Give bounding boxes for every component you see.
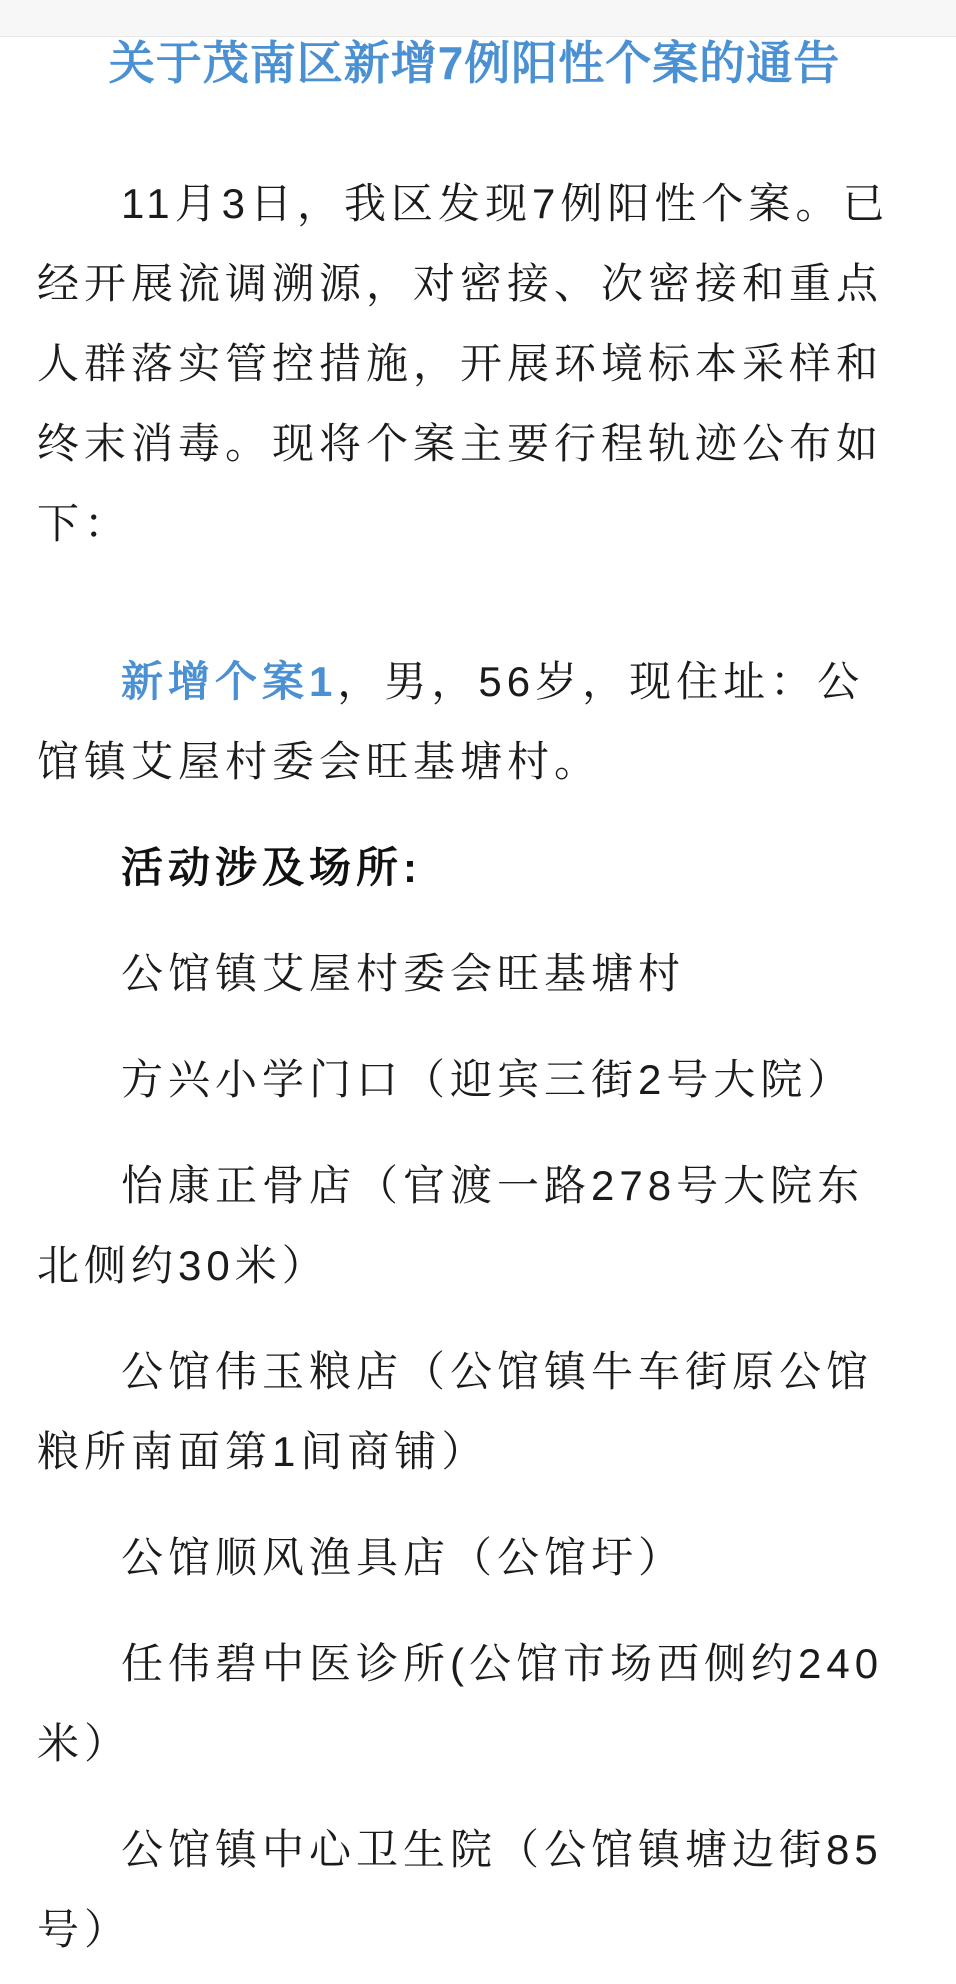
location-item: 公馆镇中心卫生院（公馆镇塘边街85 号） [37,1810,912,1970]
location-item: 公馆镇艾屋村委会旺基塘村 [37,934,912,1014]
intro-paragraph: 11月3日，我区发现7例阳性个案。已 经开展流调溯源，对密接、次密接和重点 人群… [37,164,912,564]
location-item: 公馆顺风渔具店（公馆圩） [37,1518,912,1598]
section-heading-locations: 活动涉及场所: [37,828,912,908]
location-item: 任伟碧中医诊所(公馆市场西侧约240 米） [37,1624,912,1784]
article-page: 关于茂南区新增7例阳性个案的通告 11月3日，我区发现7例阳性个案。已 经开展流… [0,0,956,1984]
location-item: 方兴小学门口（迎宾三街2号大院） [37,1040,912,1120]
top-bar [0,0,956,37]
case-1-paragraph: 新增个案1，男，56岁，现住址：公 馆镇艾屋村委会旺基塘村。 [37,642,912,802]
page-title: 关于茂南区新增7例阳性个案的通告 [37,37,912,89]
article-body: 关于茂南区新增7例阳性个案的通告 11月3日，我区发现7例阳性个案。已 经开展流… [0,37,956,1970]
case-1-label: 新增个案1 [121,658,337,705]
location-item: 怡康正骨店（官渡一路278号大院东 北侧约30米） [37,1146,912,1306]
location-item: 公馆伟玉粮店（公馆镇牛车街原公馆 粮所南面第1间商铺） [37,1332,912,1492]
